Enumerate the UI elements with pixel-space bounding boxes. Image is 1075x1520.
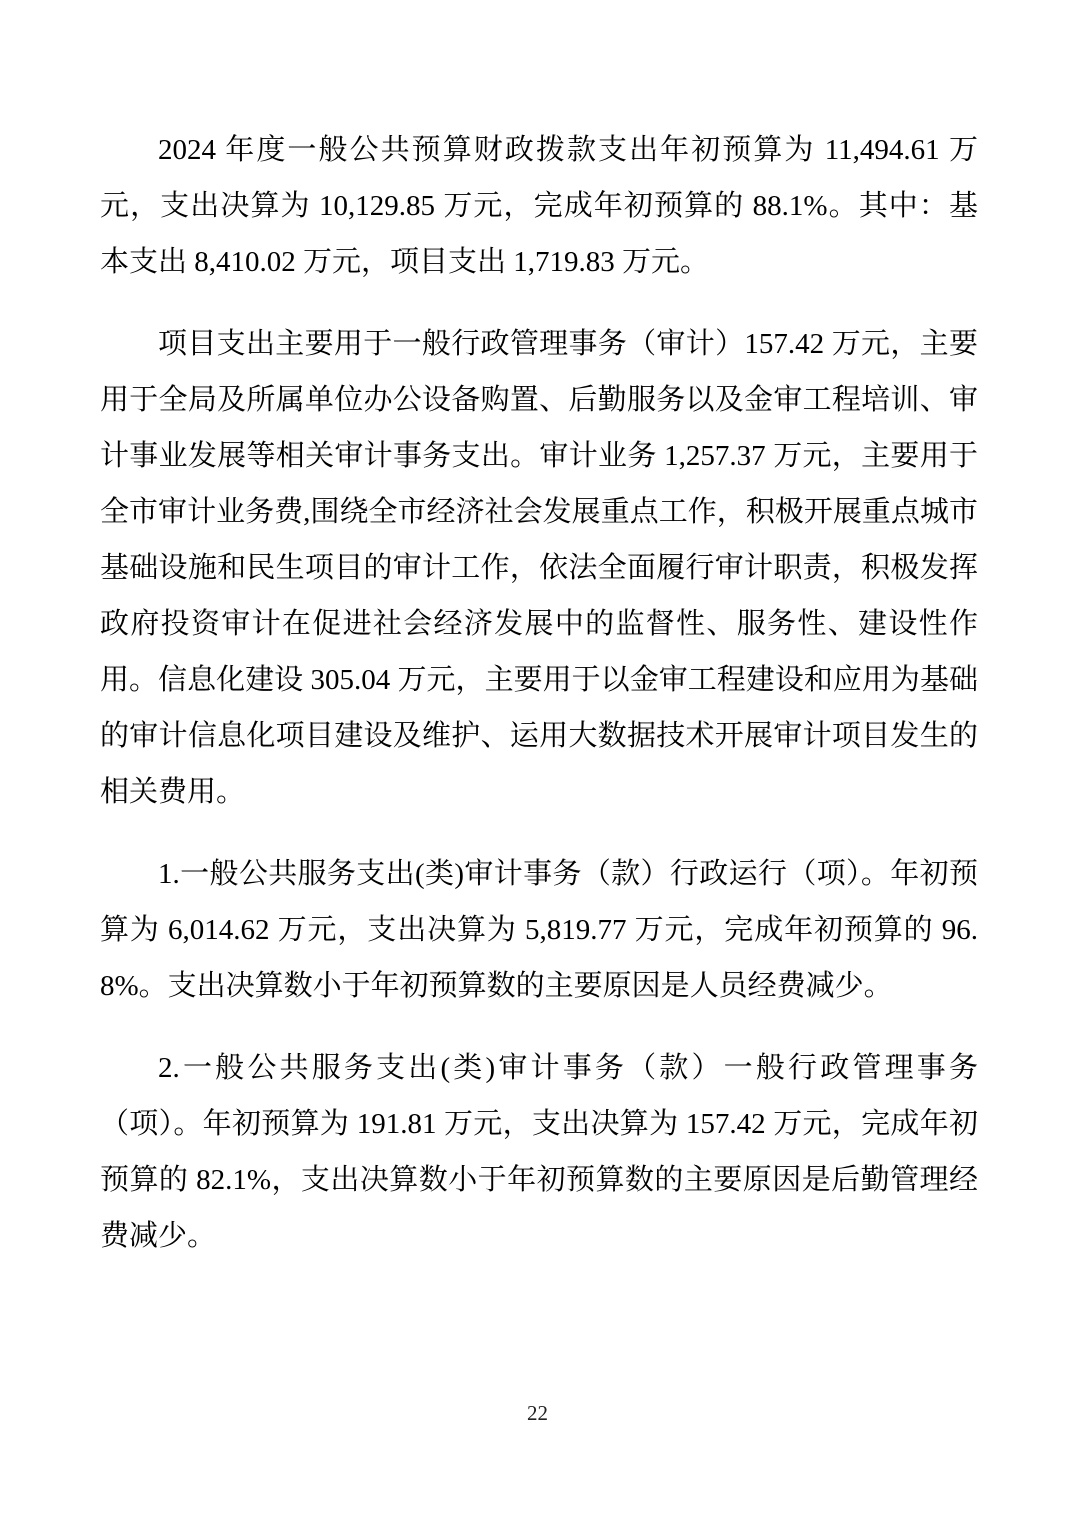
paragraph-item-2-general-admin-affairs: 2.一般公共服务支出(类)审计事务（款）一般行政管理事务（项）。年初预算为 19… [100, 1040, 978, 1264]
document-body: 2024 年度一般公共预算财政拨款支出年初预算为 11,494.61 万元，支出… [100, 122, 978, 1290]
document-page: 2024 年度一般公共预算财政拨款支出年初预算为 11,494.61 万元，支出… [0, 0, 1075, 1520]
paragraph-budget-overview: 2024 年度一般公共预算财政拨款支出年初预算为 11,494.61 万元，支出… [100, 122, 978, 290]
paragraph-project-expenditure-detail: 项目支出主要用于一般行政管理事务（审计）157.42 万元，主要用于全局及所属单… [100, 316, 978, 820]
paragraph-item-1-administrative-operation: 1.一般公共服务支出(类)审计事务（款）行政运行（项）。年初预算为 6,014.… [100, 846, 978, 1014]
page-number: 22 [527, 1401, 548, 1425]
page-footer: 22 [0, 1398, 1075, 1428]
